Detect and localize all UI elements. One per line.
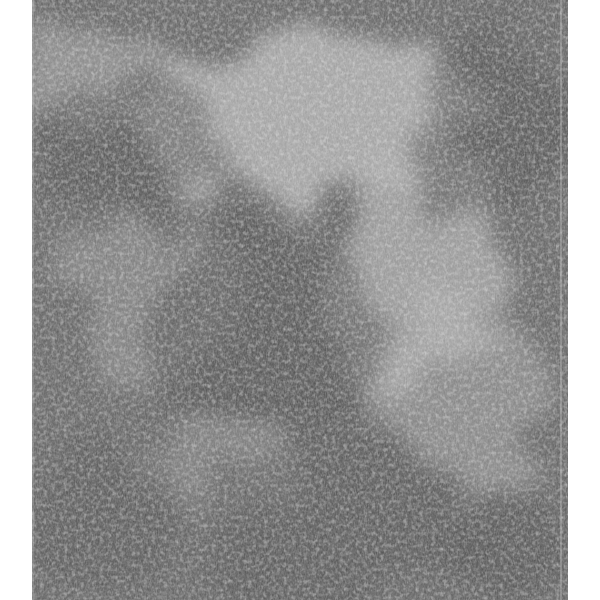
- rug: [32, 0, 568, 600]
- rug-binding-left: [32, 0, 34, 600]
- rug-binding-right: [560, 0, 562, 600]
- rug-texture: [32, 0, 568, 600]
